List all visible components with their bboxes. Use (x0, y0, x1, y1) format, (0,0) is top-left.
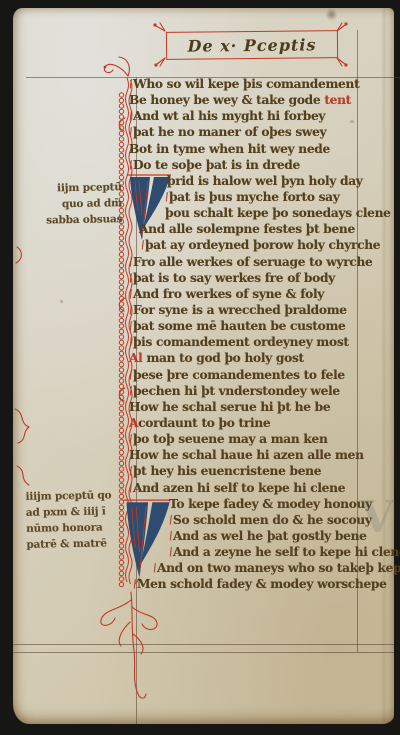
parchment-stain (60, 300, 63, 303)
verse-text: þt hey his euencristene bene (133, 464, 321, 478)
text-line: þrid is halow wel þyn holy day (129, 173, 384, 189)
verse-text: Do te soþe þat is in drede (133, 158, 300, 172)
text-line: ǀFor syne is a wrecched þraldome (129, 302, 384, 318)
text-line: ǀDo te soþe þat is in drede (129, 157, 384, 173)
verse-text: Fro alle werkes of seruage to wyrche (133, 255, 373, 269)
margin-note-line: patrē & matrē (26, 535, 124, 553)
page-title: De x· Pceptis (187, 35, 316, 55)
verse-text: cordaunt to þo trine (138, 416, 270, 430)
verse-text: And alle solempne festes þt bene (139, 222, 355, 236)
verse-text: þat he no maner of oþes swey (133, 125, 326, 139)
margin-note-latin-2: iiijm pceptū qoad pxm & iiij īnūmo honor… (25, 487, 124, 553)
verse-text: Bot in tyme when hit wey nede (129, 142, 330, 156)
text-line: To kepe fadey & modey honouy (129, 496, 384, 512)
ruled-line-bottom-1 (13, 644, 394, 645)
manuscript-photo: De x· Pceptis (0, 0, 400, 735)
text-line: ǀþese þre comandementes to fele (129, 367, 384, 383)
verse-text: Be honey be wey & take gode (129, 93, 324, 107)
text-line: ǀþat is þus myche forto say (129, 189, 384, 205)
text-line: Acordaunt to þo trine (129, 415, 384, 431)
text-line: ǀþat he no maner of oþes swey (129, 124, 384, 140)
verse-text: And on two maneys who so takeþ kepe (157, 561, 400, 575)
text-line: And alle solempne festes þt bene (129, 221, 384, 237)
verse-text: Who so wil kepe þis comandement (133, 77, 359, 91)
verso-showthrough-initial: V (360, 492, 394, 543)
margin-note-line: sabba obsuas (28, 211, 122, 229)
verse-text: So schold men do & he socouy (173, 513, 372, 527)
text-line: ǀAnd a zeyne he self to kepe hi clene (129, 544, 384, 560)
verse-text: þo toþ seuene may a man ken (133, 432, 328, 446)
text-line: ǀþechen hi þt vnderstondey wele (129, 383, 384, 399)
verse-text: þou schalt kepe þo sonedays clene (165, 206, 391, 220)
margin-note-latin-1: iijm pceptūquo ad dm̄sabba obsuas (28, 179, 123, 229)
text-line: How he schal haue hi azen alle men (129, 447, 384, 463)
verse-text: For syne is a wrecched þraldome (133, 303, 347, 317)
verse-text-block: ǀWho so wil kepe þis comandementBe honey… (129, 76, 384, 593)
margin-note-line: nūmo honora (26, 519, 124, 537)
verse-text: How he schal serue hi þt he be (129, 400, 330, 414)
margin-note-line: iiijm pceptū qo (25, 487, 123, 505)
text-line: Be honey be wey & take gode tent (129, 92, 384, 108)
rubricated-text: A (129, 416, 138, 430)
verse-text: þat is þus myche forto say (169, 190, 340, 204)
margin-note-line: iijm pceptū (28, 179, 122, 197)
verse-text: Men schold fadey & modey worschepe (137, 577, 387, 591)
text-line: ǀAnd on two maneys who so takeþ kepe (129, 560, 384, 576)
margin-note-line: quo ad dm̄ (28, 195, 122, 213)
text-line: ǀFro alle werkes of seruage to wyrche (129, 254, 384, 270)
text-line: ǀSo schold men do & he socouy (129, 512, 384, 528)
text-line: ǀþat some mē hauten be custome (129, 318, 384, 334)
verse-text: þis comandement ordeyney most (133, 335, 349, 349)
ink-smudge (326, 8, 337, 21)
text-line: ǀAnd fro werkes of syne & foly (129, 286, 384, 302)
verse-text: And as wel he þat gostly bene (173, 529, 367, 543)
text-line: ǀþis comandement ordeyney most (129, 334, 384, 350)
text-line: ǀþo toþ seuene may a man ken (129, 431, 384, 447)
rubricated-text: tent (324, 93, 351, 107)
verse-text: And azen hi self to kepe hi clene (133, 481, 345, 495)
text-line: ǀMen schold fadey & modey worschepe (129, 576, 384, 592)
verse-text: To kepe fadey & modey honouy (169, 497, 372, 511)
text-line: ǀWho so wil kepe þis comandement (129, 76, 384, 92)
verse-text: þat ay ordeyned þorow holy chyrche (145, 238, 380, 252)
verse-text: How he schal haue hi azen alle men (129, 448, 364, 462)
verse-text: þrid is halow wel þyn holy day (167, 174, 363, 188)
ruled-line-bottom-2 (13, 652, 394, 653)
text-line: þou schalt kepe þo sonedays clene (129, 205, 384, 221)
text-line: ǀAnd wt al his myght hi forbey (129, 108, 384, 124)
text-line: ǀþat is to say werkes fre of body (129, 270, 384, 286)
margin-note-line: ad pxm & iiij ī (26, 503, 124, 521)
text-line: How he schal serue hi þt he be (129, 399, 384, 415)
verse-text: And a zeyne he self to kepe hi clene (173, 545, 400, 559)
title-box: De x· Pceptis (166, 30, 338, 60)
verse-text: þat is to say werkes fre of body (133, 271, 335, 285)
verse-text: þechen hi þt vnderstondey wele (133, 384, 340, 398)
verse-text: man to god þo holy gost (143, 351, 304, 365)
verse-text: And fro werkes of syne & foly (133, 287, 324, 301)
verse-text: þese þre comandementes to fele (133, 368, 345, 382)
text-line: Bot in tyme when hit wey nede (129, 141, 384, 157)
text-line: Al man to god þo holy gost (129, 350, 384, 366)
text-line: ǀAnd azen hi self to kepe hi clene (129, 480, 384, 496)
verse-text: þat some mē hauten be custome (133, 319, 346, 333)
verse-text: And wt al his myght hi forbey (133, 109, 325, 123)
rubricated-text: Al (129, 351, 143, 365)
text-line: ǀþat ay ordeyned þorow holy chyrche (129, 237, 384, 253)
text-line: ǀþt hey his euencristene bene (129, 463, 384, 479)
